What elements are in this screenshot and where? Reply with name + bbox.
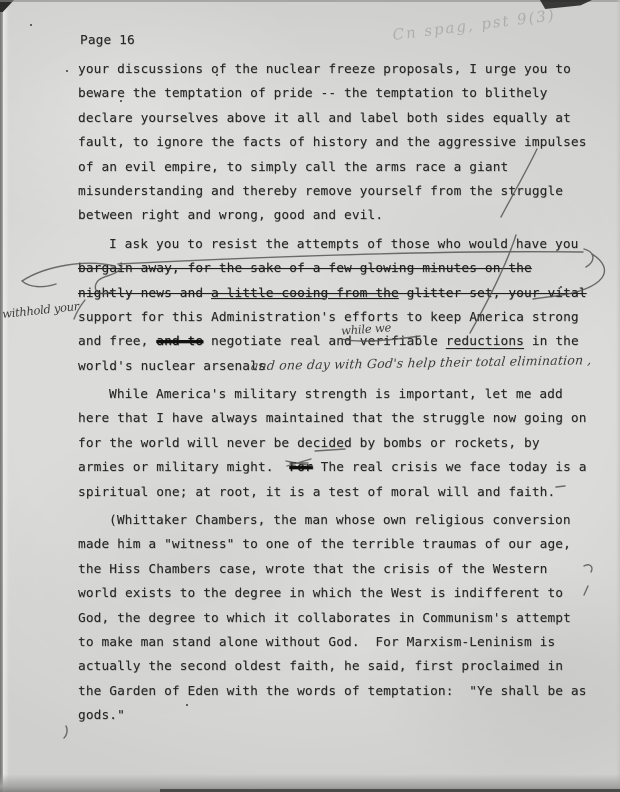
typed-text: negotiate real and verifiable [203, 334, 446, 349]
typed-line: God, the degree to which it collaborates… [78, 611, 598, 635]
struck-text: bargain away, for the sake of a few glow… [78, 261, 532, 276]
typed-line: misunderstanding and thereby remove your… [78, 184, 598, 208]
page-number-label: Page 16 [80, 33, 135, 48]
typed-line: armies or military might. For The real c… [78, 460, 598, 484]
struck-word: and to [156, 334, 203, 349]
typed-line: world exists to the degree in which the … [78, 586, 598, 610]
struck-word: For [289, 460, 312, 475]
typed-line: gods." [78, 708, 598, 732]
struck-typed-line: nightly news and a little cooing from th… [78, 286, 598, 310]
typed-text: armies or military might. [78, 460, 289, 475]
typed-text: in the [524, 334, 579, 349]
underlined-word: reductions [446, 334, 524, 349]
typed-line: here that I have always maintained that … [78, 411, 598, 435]
pencil-apostrophe [64, 726, 67, 738]
typed-line: the Garden of Eden with the words of tem… [78, 684, 598, 708]
struck-underlined-text: a little cooing from the [211, 286, 399, 301]
typed-line: your discussions of the nuclear freeze p… [78, 62, 598, 86]
typed-line: While America's military strength is imp… [78, 387, 598, 411]
typed-line: between right and wrong, good and evil. [78, 208, 598, 232]
scanned-document-page: Cn spag, pst 9(3) Page 16 your discussio… [0, 0, 620, 792]
typed-line: the Hiss Chambers case, wrote that the c… [78, 562, 598, 586]
struck-text: nightly news and [78, 286, 211, 301]
scan-edge-left-gap [3, 0, 9, 792]
typed-line: (Whittaker Chambers, the man whose own r… [78, 513, 598, 537]
typed-line: of an evil empire, to simply call the ar… [78, 160, 598, 184]
typed-line: made him a "witness" to one of the terri… [78, 537, 598, 561]
paper-speck [30, 24, 32, 26]
typed-line: declare yourselves above it all and labe… [78, 111, 598, 135]
typed-body: your discussions of the nuclear freeze p… [78, 62, 598, 733]
typed-line: actually the second oldest faith, he sai… [78, 659, 598, 683]
typed-line: I ask you to resist the attempts of thos… [78, 237, 598, 261]
pencil-note-top-right: Cn spag, pst 9(3) [392, 6, 557, 44]
typed-text: The real crisis we face today is a [313, 460, 587, 475]
handwritten-margin-insert: withhold your [1, 299, 79, 321]
typed-line: support for this Administration's effort… [78, 310, 598, 334]
paper-speck [66, 70, 68, 72]
typed-line: to make man stand alone without God. For… [78, 635, 598, 659]
typed-text: and free, [78, 334, 156, 349]
struck-typed-line: bargain away, for the sake of a few glow… [78, 261, 598, 285]
scan-edge-right [616, 0, 620, 792]
typed-line: spiritual one; at root, it is a test of … [78, 485, 598, 509]
typed-line: beware the temptation of pride -- the te… [78, 86, 598, 110]
typed-text: world's nuclear arsenals [78, 359, 266, 374]
scan-edge-top [0, 0, 620, 2]
typed-line: for the world will never be decided by b… [78, 436, 598, 460]
typed-line: fault, to ignore the facts of history an… [78, 135, 598, 159]
struck-text: glitter set, your vital [399, 286, 587, 301]
